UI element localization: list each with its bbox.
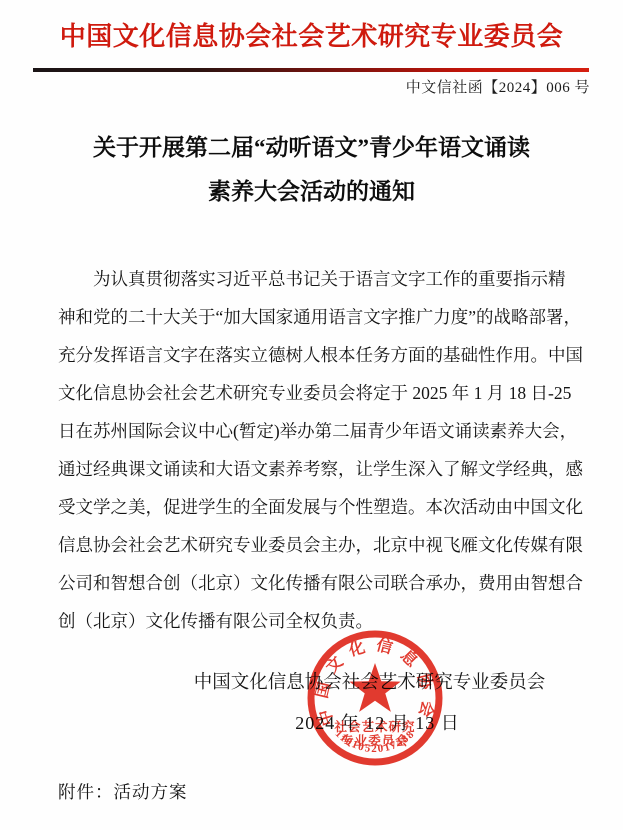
body-paragraph: 为认真贯彻落实习近平总书记关于语言文字工作的重要指示精 神和党的二十大关于“加大…: [58, 260, 555, 640]
attachment-note: 附件：活动方案: [58, 779, 188, 804]
document-page: 中国文化信息协会社会艺术研究专业委员会 中文信社函【2024】006 号 关于开…: [0, 0, 623, 830]
body-line: 为认真贯彻落实习近平总书记关于语言文字工作的重要指示精: [58, 260, 555, 298]
body-line: 通过经典课文诵读和大语文素养考察，让学生深入了解文学经典，感: [58, 450, 555, 488]
body-line: 文化信息协会社会艺术研究专业委员会将定于 2025 年 1 月 18 日-25: [58, 374, 555, 412]
body-line: 公司和智想合创（北京）文化传播有限公司联合承办，费用由智想合: [58, 564, 555, 602]
seal-inner-text-line-1: 社会艺术研究: [333, 719, 415, 734]
body-line: 受文学之美，促进学生的全面发展与个性塑造。本次活动由中国文化: [58, 488, 555, 526]
letterhead-divider-rule: [33, 68, 589, 72]
body-line: 神和党的二十大关于“加大国家通用语言文字推广力度”的战略部署，: [58, 298, 555, 336]
body-line: 信息协会社会艺术研究专业委员会主办，北京中视飞雁文化传媒有限: [58, 526, 555, 564]
body-line: 充分发挥语言文字在落实立德树人根本任务方面的基础性作用。中国: [58, 336, 555, 374]
document-title-line-2: 素养大会活动的通知: [0, 170, 623, 214]
document-reference-number: 中文信社函【2024】006 号: [406, 76, 590, 97]
document-title-line-1: 关于开展第二届“动听语文”青少年语文诵读: [0, 126, 623, 170]
body-line: 日在苏州国际会议中心(暂定)举办第二届青少年语文诵读素养大会，: [58, 412, 555, 450]
star-icon: [349, 663, 400, 712]
document-title: 关于开展第二届“动听语文”青少年语文诵读 素养大会活动的通知: [0, 126, 623, 214]
official-seal: 中国文化信息协会 社会艺术研究 专业委员会 1101052017488: [304, 627, 446, 769]
letterhead-org-name: 中国文化信息协会社会艺术研究专业委员会: [0, 16, 623, 53]
